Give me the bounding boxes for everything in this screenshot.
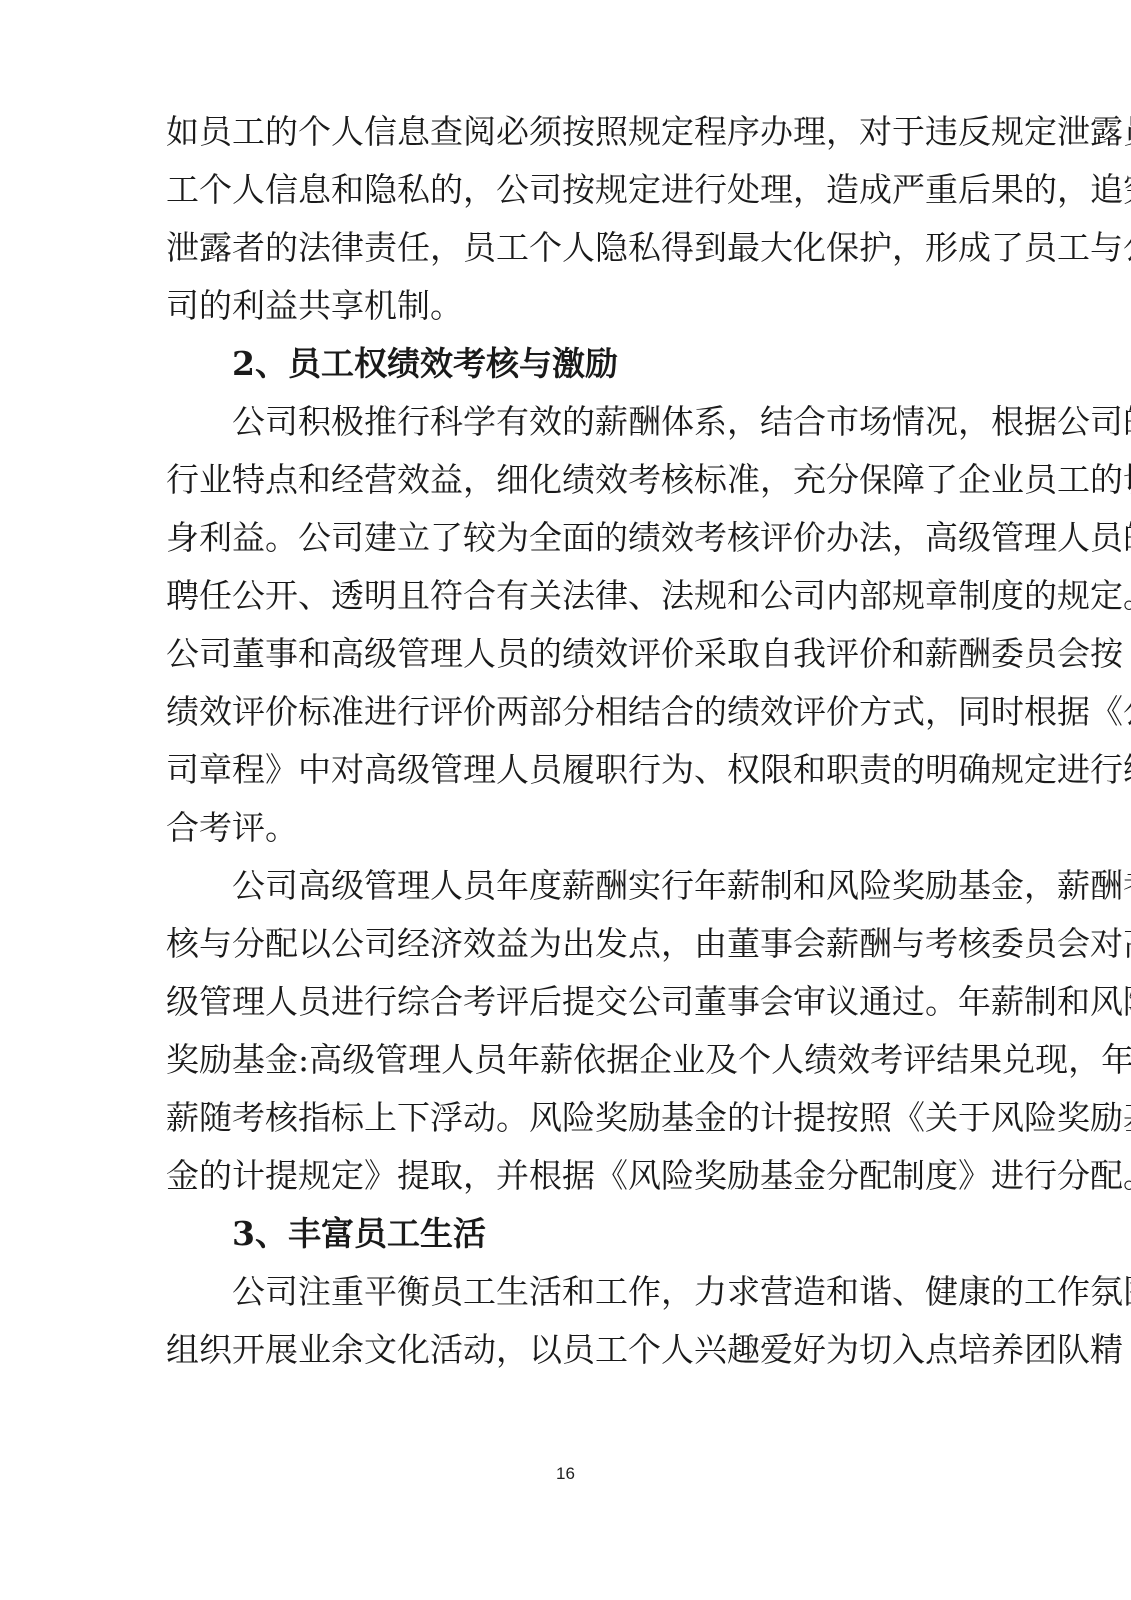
text-line: 公司积极推行科学有效的薪酬体系，结合市场情况，根据公司的 [166, 402, 962, 442]
text-line: 核与分配以公司经济效益为出发点，由董事会薪酬与考核委员会对高 [166, 924, 962, 964]
section-heading: 3、丰富员工生活 [232, 1214, 486, 1254]
text-line: 绩效评价标准进行评价两部分相结合的绩效评价方式，同时根据《公 [166, 692, 962, 732]
text-line: 公司注重平衡员工生活和工作，力求营造和谐、健康的工作氛围， [166, 1272, 962, 1312]
text-line: 公司董事和高级管理人员的绩效评价采取自我评价和薪酬委员会按 [166, 634, 962, 674]
text-line: 合考评。 [166, 808, 962, 848]
page-number: 16 [0, 1464, 1131, 1484]
text-line: 级管理人员进行综合考评后提交公司董事会审议通过。年薪制和风险 [166, 982, 962, 1022]
text-line: 工个人信息和隐私的，公司按规定进行处理，造成严重后果的，追究 [166, 170, 962, 210]
text-line: 薪随考核指标上下浮动。风险奖励基金的计提按照《关于风险奖励基 [166, 1098, 962, 1138]
text-line: 行业特点和经营效益，细化绩效考核标准，充分保障了企业员工的切 [166, 460, 962, 500]
text-line: 如员工的个人信息查阅必须按照规定程序办理，对于违反规定泄露员 [166, 112, 962, 152]
text-line: 身利益。公司建立了较为全面的绩效考核评价办法，高级管理人员的 [166, 518, 962, 558]
text-line: 奖励基金:高级管理人员年薪依据企业及个人绩效考评结果兑现，年 [166, 1040, 962, 1080]
text-line: 组织开展业余文化活动，以员工个人兴趣爱好为切入点培养团队精 [166, 1330, 962, 1370]
text-line: 金的计提规定》提取，并根据《风险奖励基金分配制度》进行分配。 [166, 1156, 962, 1196]
text-line: 聘任公开、透明且符合有关法律、法规和公司内部规章制度的规定。 [166, 576, 962, 616]
text-line: 司的利益共享机制。 [166, 286, 962, 326]
section-heading: 2、员工权绩效考核与激励 [232, 344, 618, 384]
text-line: 公司高级管理人员年度薪酬实行年薪制和风险奖励基金，薪酬考 [166, 866, 962, 906]
text-line: 司章程》中对高级管理人员履职行为、权限和职责的明确规定进行综 [166, 750, 962, 790]
text-line: 泄露者的法律责任，员工个人隐私得到最大化保护，形成了员工与公 [166, 228, 962, 268]
